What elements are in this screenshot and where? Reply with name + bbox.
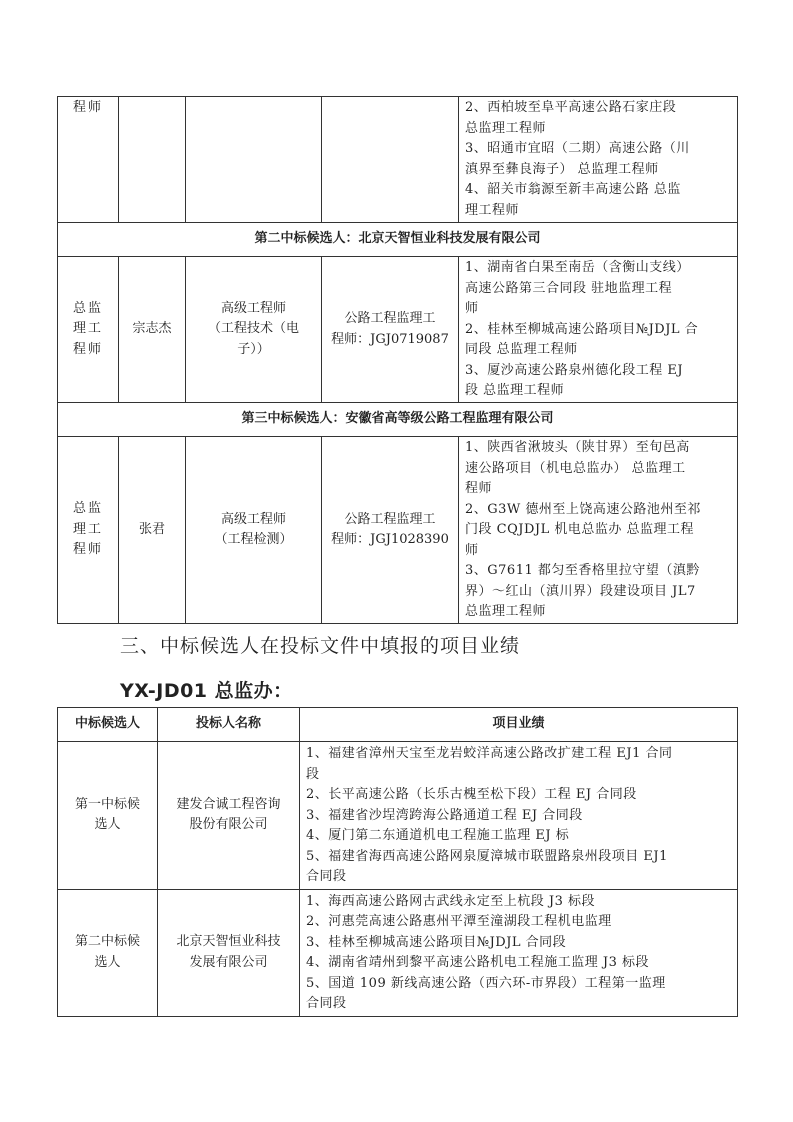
- title-cell: 高级工程师 （工程检测）: [186, 437, 322, 624]
- candidate-cell: 第一中标候 选人: [58, 742, 158, 890]
- projects-cell: 1、陕西省湫坡头（陕甘界）至旬邑高 速公路项目（机电总监办） 总监理工 程师 2…: [459, 437, 738, 624]
- candidate-band-row: 第三中标候选人：安徽省高等级公路工程监理有限公司: [58, 403, 738, 437]
- candidate-cell: 第二中标候 选人: [58, 889, 158, 1016]
- table-row: 第二中标候 选人 北京天智恒业科技 发展有限公司 1、海西高速公路网古武线永定至…: [58, 889, 738, 1016]
- bidder-cell: 北京天智恒业科技 发展有限公司: [158, 889, 300, 1016]
- personnel-table: 程师 2、西柏坡至阜平高速公路石家庄段 总监理工程师 3、昭通市宜昭（二期）高速…: [57, 96, 738, 624]
- candidate-2-band: 第二中标候选人：北京天智恒业科技发展有限公司: [58, 223, 738, 257]
- table-row: 程师 2、西柏坡至阜平高速公路石家庄段 总监理工程师 3、昭通市宜昭（二期）高速…: [58, 97, 738, 223]
- header-candidate: 中标候选人: [58, 708, 158, 742]
- bidder-cell: 建发合诚工程咨询 股份有限公司: [158, 742, 300, 890]
- table-row: 总监 理工 程师 张君 高级工程师 （工程检测） 公路工程监理工 程师：JGJ1…: [58, 437, 738, 624]
- title-cell: [186, 97, 322, 223]
- role-cell: 总监 理工 程师: [58, 257, 119, 403]
- projects-cell: 1、福建省漳州天宝至龙岩蛟洋高速公路改扩建工程 EJ1 合同 段 2、长平高速公…: [300, 742, 738, 890]
- role-cell: 程师: [58, 97, 119, 223]
- candidate-3-band: 第三中标候选人：安徽省高等级公路工程监理有限公司: [58, 403, 738, 437]
- header-row: 中标候选人 投标人名称 项目业绩: [58, 708, 738, 742]
- header-bidder: 投标人名称: [158, 708, 300, 742]
- table-row: 第一中标候 选人 建发合诚工程咨询 股份有限公司 1、福建省漳州天宝至龙岩蛟洋高…: [58, 742, 738, 890]
- cert-cell: 公路工程监理工 程师：JGJ0719087: [322, 257, 459, 403]
- title-cell: 高级工程师 （工程技术（电 子））: [186, 257, 322, 403]
- projects-cell: 2、西柏坡至阜平高速公路石家庄段 总监理工程师 3、昭通市宜昭（二期）高速公路（…: [459, 97, 738, 223]
- cert-cell: [322, 97, 459, 223]
- projects-cell: 1、海西高速公路网古武线永定至上杭段 J3 标段 2、河惠莞高速公路惠州平潭至潼…: [300, 889, 738, 1016]
- performance-table: 中标候选人 投标人名称 项目业绩 第一中标候 选人 建发合诚工程咨询 股份有限公…: [57, 707, 738, 1017]
- name-cell: [119, 97, 186, 223]
- role-cell: 总监 理工 程师: [58, 437, 119, 624]
- name-cell: 宗志杰: [119, 257, 186, 403]
- sub-heading: YX-JD01 总监办：: [120, 676, 293, 703]
- name-cell: 张君: [119, 437, 186, 624]
- candidate-band-row: 第二中标候选人：北京天智恒业科技发展有限公司: [58, 223, 738, 257]
- projects-cell: 1、湖南省白果至南岳（含衡山支线） 高速公路第三合同段 驻地监理工程 师 2、桂…: [459, 257, 738, 403]
- section-heading: 三、中标候选人在投标文件中填报的项目业绩: [120, 631, 520, 658]
- table-row: 总监 理工 程师 宗志杰 高级工程师 （工程技术（电 子）） 公路工程监理工 程…: [58, 257, 738, 403]
- cert-cell: 公路工程监理工 程师：JGJ1028390: [322, 437, 459, 624]
- header-projects: 项目业绩: [300, 708, 738, 742]
